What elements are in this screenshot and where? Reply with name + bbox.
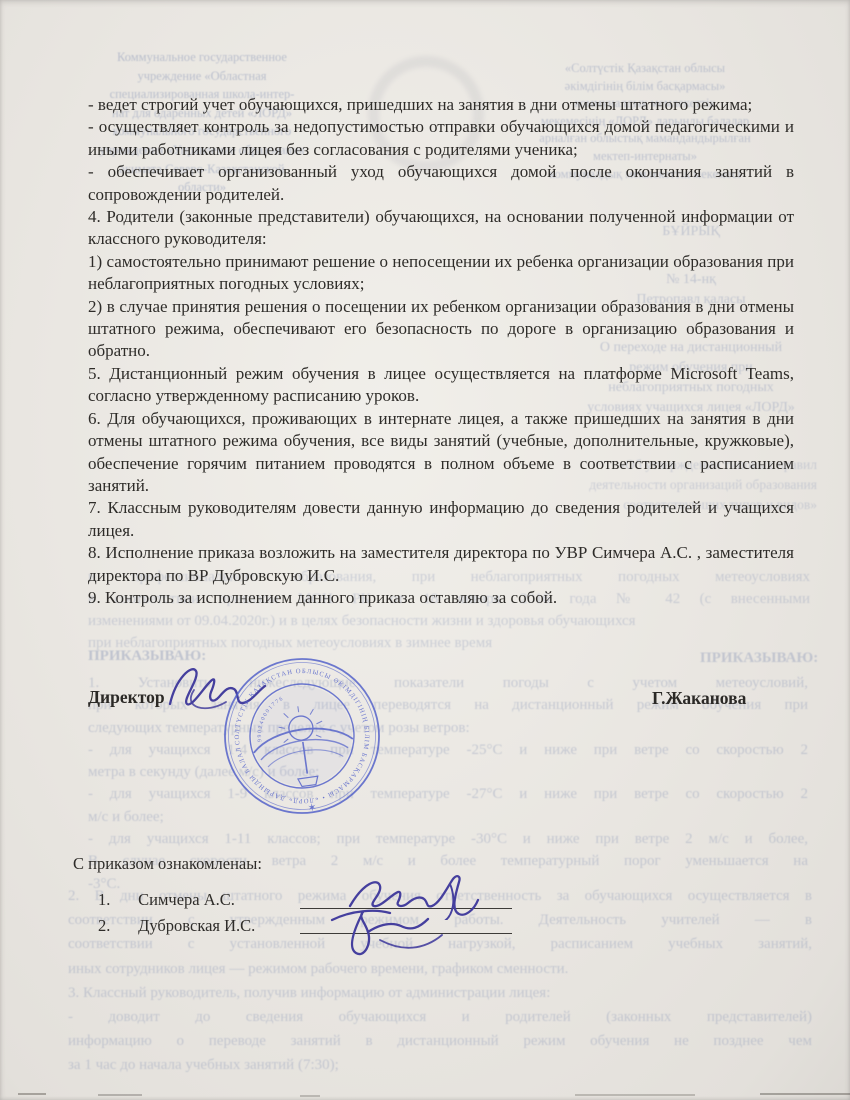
bleed-line: әкімдігінің білім басқармасы» [495,78,795,96]
bleed-line: - для учащихся 1-9 классов при температу… [88,783,808,805]
order-paragraph: - ведет строгий учет обучающихся, пришед… [88,94,794,116]
stamp-star-icon: ✶ [307,802,318,815]
ack-row-1: 1. Симчера А.С. [98,890,235,910]
ack-signature-2 [322,900,454,958]
director-label: Директор [88,687,165,708]
bleed-line: - доводит до сведения обучающихся и роди… [68,1005,812,1029]
bleed-line: - для учащихся 1-11 классов; при темпера… [88,828,808,850]
order-paragraph: - осуществляет контроль за недопустимост… [88,116,794,161]
scan-artifact [760,1093,850,1095]
bleed-line: Коммунальное государственное [88,48,316,67]
scanned-document-page: Коммунальное государственноеучреждение «… [0,0,850,1100]
bleed-line: «Солтүстік Қазақстан облысы [495,60,795,78]
bleed-line: 3. Классный руководитель, получив информ… [68,981,812,1005]
order-body-text: - ведет строгий учет обучающихся, пришед… [88,94,794,609]
order-paragraph: - обеспечивает организованный уход обуча… [88,161,794,206]
bleed-line: за 1 час до начала учебных занятий (7:30… [68,1053,812,1077]
bleed-line: учреждение «Областная [88,67,316,86]
ack-row-2: 2. Дубровская И.С. [98,916,255,936]
ack-number: 2. [98,916,134,936]
order-paragraph: 1) самостоятельно принимают решение о не… [88,251,794,296]
scan-artifact [98,1094,142,1096]
bleed-line: иных сотрудников лицея — режимом рабочег… [68,957,812,981]
scan-artifact [18,1093,46,1095]
bleed-line: информацию о переводе занятий в дистанци… [68,1029,812,1053]
bleed-line: при неблагоприятных погодных метеоуслови… [88,632,810,654]
bleed-line: м/с и более; [88,806,808,828]
ack-name: Симчера А.С. [138,890,235,909]
bleed-line: - для учащихся 1-4 классов при температу… [88,739,808,761]
order-paragraph: 9. Контроль за исполнением данного прика… [88,587,794,609]
bleed-line: изменениями от 09.04.2020г.) и в целях б… [88,610,810,632]
order-paragraph: 4. Родители (законные представители) обу… [88,206,794,251]
director-name: Г.Жаканова [652,688,746,709]
order-paragraph: 6. Для обучающихся, проживающих в интерн… [88,408,794,498]
ack-name: Дубровская И.С. [138,916,255,935]
bleed-prikazyvayu-right: ПРИКАЗЫВАЮ: [700,650,818,667]
official-stamp-icon: СОЛТҮСТІК ҚАЗАҚСТАН ОБЛЫСЫ ӘКІМДІГІНІҢ Б… [212,646,392,826]
ack-number: 1. [98,890,134,910]
scan-artifact [300,1095,320,1097]
scan-artifact [575,1094,695,1096]
bleed-line: метра в секунду (далее м/с) и более; [88,761,808,783]
order-paragraph: 2) в случае принятия решения о посещении… [88,296,794,363]
acknowledgement-title: С приказом ознакомленаы: [73,854,262,874]
order-paragraph: 8. Исполнение приказа возложить на замес… [88,542,794,587]
order-paragraph: 5. Дистанционный режим обучения в лицее … [88,363,794,408]
order-paragraph: 7. Классным руководителям довести данную… [88,497,794,542]
